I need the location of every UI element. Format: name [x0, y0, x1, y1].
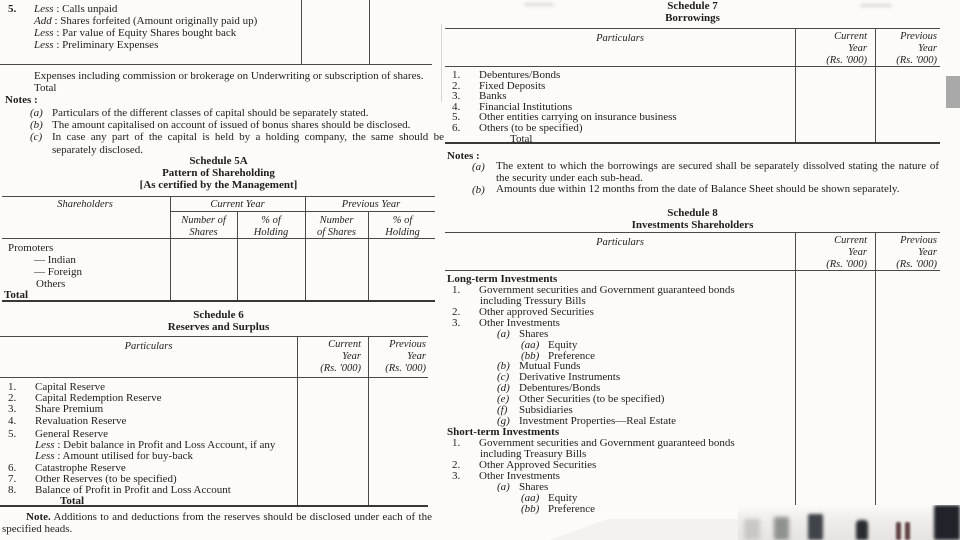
schedule-subtitle: Investments Shareholders [445, 219, 940, 231]
photo-leg [744, 519, 760, 540]
table-row: (bb)Preference [521, 504, 595, 515]
photo-leg [856, 520, 868, 540]
page-fold-line [441, 24, 442, 102]
header-line: (Rs. '000) [797, 259, 867, 271]
photo-leg [896, 522, 901, 540]
photo-leg [808, 514, 823, 540]
scrollbar-thumb[interactable] [946, 76, 960, 108]
column-header-particulars: Particulars [445, 237, 795, 249]
scan-artifact [524, 3, 554, 6]
row-letter: (a) [497, 329, 519, 340]
header-line: (Rs. '000) [877, 259, 937, 271]
photo-leg [774, 517, 789, 540]
row-label: Preference [548, 503, 595, 515]
photo-person [934, 505, 960, 540]
row-number: 1. [452, 285, 479, 296]
photo-leg [905, 522, 910, 540]
scan-artifact [860, 4, 892, 7]
header-line: Previous [877, 235, 937, 247]
column-header-previous-year: Previous Year (Rs. '000) [877, 235, 937, 271]
row-number: 3. [452, 471, 479, 482]
column-header-current-year: Current Year (Rs. '000) [797, 235, 867, 271]
table-border [795, 232, 796, 514]
row-letter: (a) [497, 482, 519, 493]
table-border [875, 232, 876, 514]
row-letter: (bb) [521, 504, 548, 515]
photo-people-legs [738, 505, 960, 540]
header-line: Year [877, 247, 937, 259]
row-number: 3. [452, 318, 479, 329]
schedule-8-section: Schedule 8 Investments Shareholders Part… [0, 0, 960, 540]
header-line: Current [797, 235, 867, 247]
table-border [445, 232, 940, 233]
scanned-document-page: 5. Less : Calls unpaid Add : Shares forf… [0, 0, 960, 540]
header-line: Year [797, 247, 867, 259]
row-number: 1. [452, 438, 479, 449]
schedule-title: Schedule 8 [445, 207, 940, 219]
